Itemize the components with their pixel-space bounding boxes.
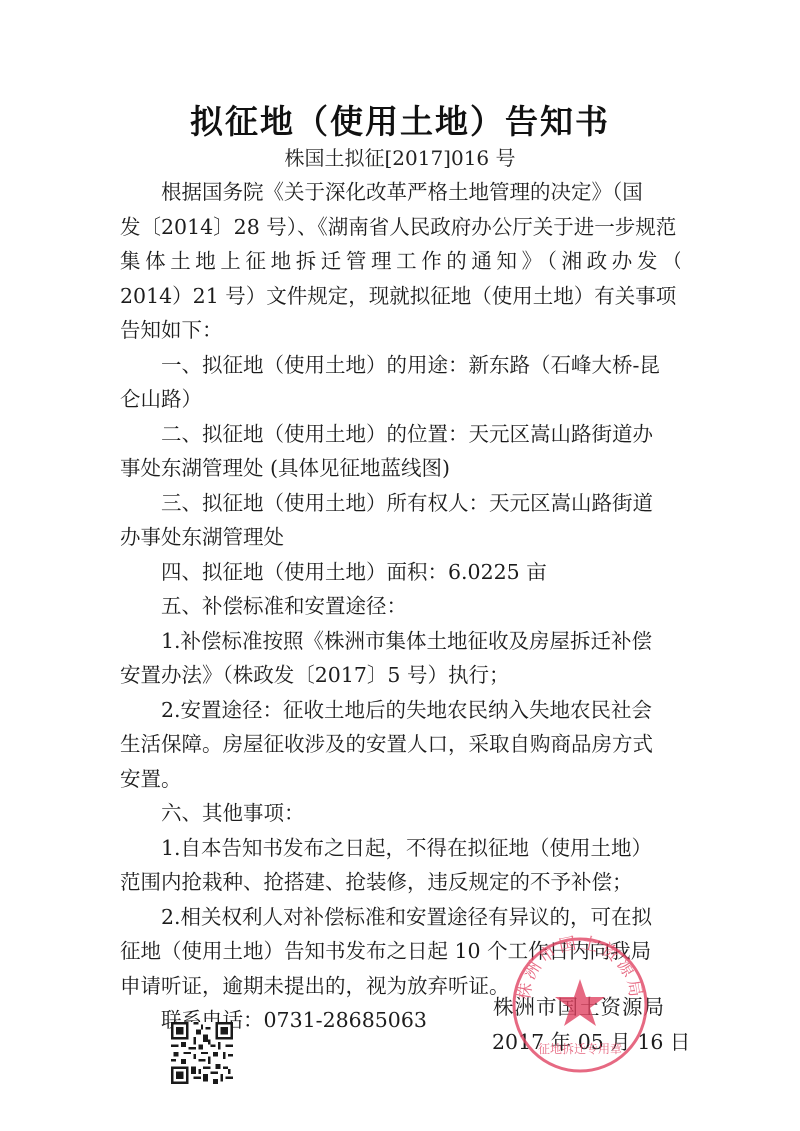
notice-page: 拟征地（使用土地）告知书 株国土拟征[2017]016 号 根据国务院《关于深化… xyxy=(0,0,800,1131)
issuer-name: 株洲市国土资源局 xyxy=(493,990,665,1020)
text-line: 生活保障。房屋征收涉及的安置人口，采取自购商品房方式 xyxy=(79,727,680,762)
text-line: 二、拟征地（使用土地）的位置：天元区嵩山路街道办 xyxy=(120,417,680,452)
issue-date: 2017 年 05 月 16 日 xyxy=(492,1025,690,1055)
text-line: 事处东湖管理处 (具体见征地蓝线图) xyxy=(79,451,680,486)
document-number: 株国土拟征[2017]016 号 xyxy=(0,142,800,171)
text-line: 1.补偿标准按照《株洲市集体土地征收及房屋拆迁补偿 xyxy=(120,624,680,659)
text-line: 2014）21 号）文件规定，现就拟征地（使用土地）有关事项 xyxy=(79,279,680,314)
text-line: 仑山路） xyxy=(79,382,680,417)
text-line: 征地（使用土地）告知书发布之日起 10 个工作日内向我局 xyxy=(79,934,680,969)
paragraph-other-2: 2.相关权利人对补偿标准和安置途径有异议的，可在拟 征地（使用土地）告知书发布之… xyxy=(120,900,680,1004)
paragraph-other-1: 1.自本告知书发布之日起，不得在拟征地（使用土地） 范围内抢栽种、抢搭建、抢装修… xyxy=(120,831,680,900)
text-line: 2.安置途径：征收土地后的失地农民纳入失地农民社会 xyxy=(120,693,680,728)
text-line: 根据国务院《关于深化改革严格土地管理的决定》（国 xyxy=(120,175,680,210)
text-line: 发〔2014〕28 号）、《湖南省人民政府办公厅关于进一步规范 xyxy=(79,210,680,245)
paragraph-preamble: 根据国务院《关于深化改革严格土地管理的决定》（国 发〔2014〕28 号）、《湖… xyxy=(120,175,680,348)
text-line: 范围内抢栽种、抢搭建、抢装修，违反规定的不予补偿； xyxy=(79,865,680,900)
paragraph-location: 二、拟征地（使用土地）的位置：天元区嵩山路街道办 事处东湖管理处 (具体见征地蓝… xyxy=(120,417,680,486)
document-title: 拟征地（使用土地）告知书 xyxy=(0,96,800,143)
document-body: 根据国务院《关于深化改革严格土地管理的决定》（国 发〔2014〕28 号）、《湖… xyxy=(120,175,680,1038)
text-line: 1.自本告知书发布之日起，不得在拟征地（使用土地） xyxy=(120,831,680,866)
text-line: 安置。 xyxy=(79,762,680,797)
paragraph-resettlement: 2.安置途径：征收土地后的失地农民纳入失地农民社会 生活保障。房屋征收涉及的安置… xyxy=(120,693,680,797)
paragraph-usage: 一、拟征地（使用土地）的用途：新东路（石峰大桥-昆 仑山路） xyxy=(120,348,680,417)
text-line: 三、拟征地（使用土地）所有权人：天元区嵩山路街道 xyxy=(120,486,680,521)
paragraph-other-heading: 六、其他事项： xyxy=(120,796,680,831)
text-line: 集体土地上征地拆迁管理工作的通知》（湘政办发（ xyxy=(79,244,680,279)
paragraph-compensation-standard: 1.补偿标准按照《株洲市集体土地征收及房屋拆迁补偿 安置办法》（株政发〔2017… xyxy=(120,624,680,693)
text-line: 五、补偿标准和安置途径： xyxy=(120,589,680,624)
text-line: 四、拟征地（使用土地）面积：6.0225 亩 xyxy=(120,555,680,590)
paragraph-compensation-heading: 五、补偿标准和安置途径： xyxy=(120,589,680,624)
text-line: 2.相关权利人对补偿标准和安置途径有异议的，可在拟 xyxy=(120,900,680,935)
text-line: 安置办法》（株政发〔2017〕5 号）执行； xyxy=(79,658,680,693)
text-line: 告知如下： xyxy=(79,313,680,348)
text-line: 六、其他事项： xyxy=(120,796,680,831)
text-line: 办事处东湖管理处 xyxy=(79,520,680,555)
qr-code-icon xyxy=(171,1022,233,1084)
paragraph-owner: 三、拟征地（使用土地）所有权人：天元区嵩山路街道 办事处东湖管理处 xyxy=(120,486,680,555)
paragraph-area: 四、拟征地（使用土地）面积：6.0225 亩 xyxy=(120,555,680,590)
text-line: 一、拟征地（使用土地）的用途：新东路（石峰大桥-昆 xyxy=(120,348,680,383)
